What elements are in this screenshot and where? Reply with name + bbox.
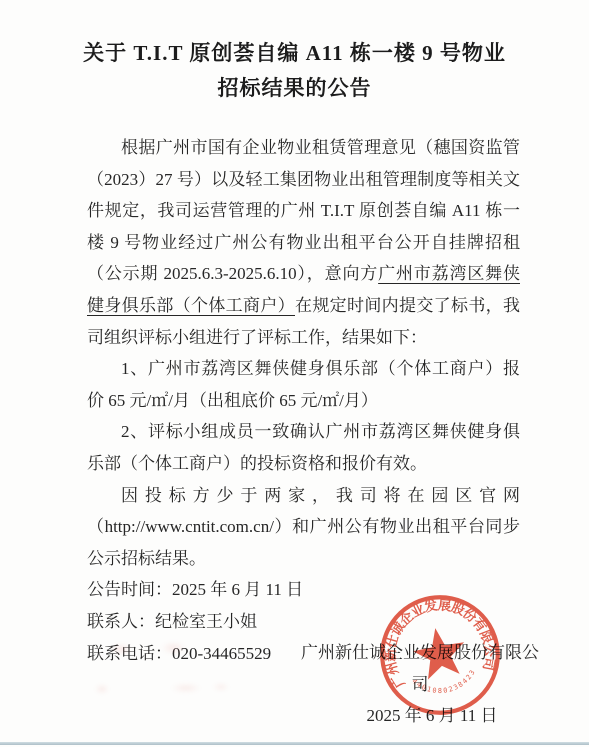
page-title: 关于 T.I.T 原创荟自编 A11 栋一楼 9 号物业 招标结果的公告 xyxy=(0,36,589,106)
result-item-1: 1、广州市荔湾区舞侠健身俱乐部（个体工商户）报价 65 元/㎡/月（出租底价 6… xyxy=(87,353,520,416)
seal-star-icon xyxy=(410,624,470,682)
company-seal-graphic: 广州新仕诚企业发展股份有限公司 4401080238423 xyxy=(367,582,513,728)
note-paragraph: 因投标方少于两家，我司将在园区官网（http://www.cntit.com.c… xyxy=(87,480,520,575)
stamp-bleed-mark-2 xyxy=(88,678,228,698)
page-title-line2: 招标结果的公告 xyxy=(0,71,589,106)
svg-text:4401080238423: 4401080238423 xyxy=(410,667,480,701)
paragraph-intro-text: 根据广州市国有企业物业租赁管理意见（穗国资监管（2023）27 号）以及轻工集团… xyxy=(87,138,520,283)
paragraph-intro: 根据广州市国有企业物业租赁管理意见（穗国资监管（2023）27 号）以及轻工集团… xyxy=(87,132,520,353)
company-seal: 广州新仕诚企业发展股份有限公司 4401080238423 xyxy=(367,582,513,728)
page-bottom-edge xyxy=(0,742,589,745)
page-title-line1: 关于 T.I.T 原创荟自编 A11 栋一楼 9 号物业 xyxy=(0,36,589,71)
seal-number-text: 4401080238423 xyxy=(410,667,480,701)
scanned-announcement-page: 关于 T.I.T 原创荟自编 A11 栋一楼 9 号物业 招标结果的公告 根据广… xyxy=(0,0,589,747)
result-item-2: 2、评标小组成员一致确认广州市荔湾区舞侠健身俱乐部（个体工商户）的投标资格和报价… xyxy=(87,416,520,479)
